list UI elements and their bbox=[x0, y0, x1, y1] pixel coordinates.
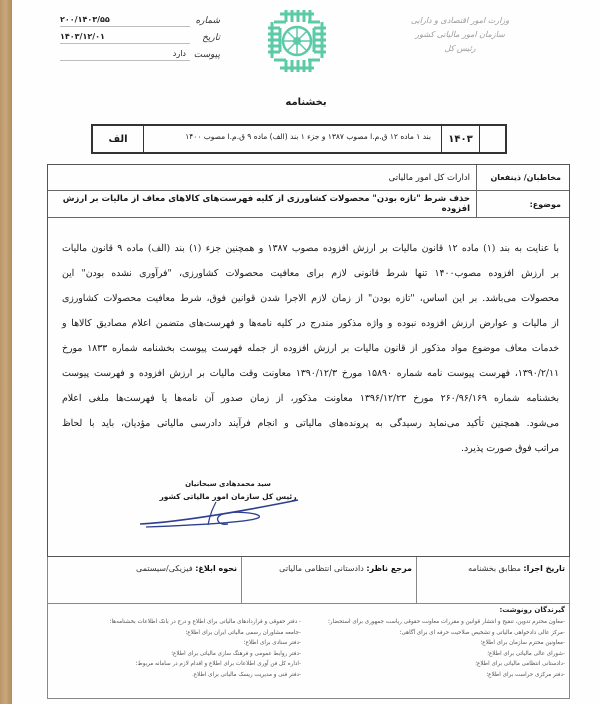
ministry-line: سازمان امور مالیاتی کشور bbox=[400, 28, 520, 42]
supervisor-value: دادستانی انتظامی مالیاتی bbox=[279, 564, 364, 573]
subject-value: حذف شرط "تازه بودن" محصولات کشاورزی از ک… bbox=[48, 191, 476, 217]
cc-item: -دفتر روابط عمومی و فرهنگ سازی مالیاتی ب… bbox=[51, 649, 301, 660]
body-line: از مالیات و عوارض ارزش افزوده نبوده و وا… bbox=[62, 311, 559, 336]
cc-item: -معاون محترم تدوین، تنقیح و انتشار قوانی… bbox=[305, 617, 565, 628]
attachment-value: دارد bbox=[60, 48, 190, 61]
code-empty-cell bbox=[479, 126, 505, 152]
meta-date-row: تاریخ ۱۴۰۳/۱۲/۰۱ bbox=[60, 29, 220, 46]
meta-number-row: شماره ۲۰۰/۱۴۰۳/۵۵ bbox=[60, 12, 220, 29]
ministry-header: وزارت امور اقتصادی و دارایی سازمان امور … bbox=[400, 14, 520, 56]
subject-row: موضوع: حذف شرط "تازه بودن" محصولات کشاور… bbox=[48, 191, 569, 218]
body-line: بر ارزش افزوده مصوب۱۴۰۰ تنها شرط قانونی … bbox=[62, 261, 559, 286]
body-line: خدمات معاف موضوع مواد مذکور از قانون مال… bbox=[62, 336, 559, 361]
cc-item: -دادستانی انتظامی مالیاتی برای اطلاع؛ bbox=[305, 659, 565, 670]
meta-attachment-row: پیوست دارد bbox=[60, 46, 220, 63]
cc-item: -شورای عالی مالیاتی برای اطلاع؛ bbox=[305, 649, 565, 660]
code-classification: الف bbox=[93, 126, 143, 152]
body-line: بخشنامه شماره ۲۶۰/۹۶/۱۶۹ مورخ ۱۳۹۶/۱۲/۲۳… bbox=[62, 386, 559, 411]
circular-document: شماره ۲۰۰/۱۴۰۳/۵۵ تاریخ ۱۴۰۳/۱۲/۰۱ پیوست… bbox=[12, 0, 600, 704]
execution-date-cell: تاریخ اجرا: مطابق بخشنامه bbox=[416, 557, 569, 603]
document-meta: شماره ۲۰۰/۱۴۰۳/۵۵ تاریخ ۱۴۰۳/۱۲/۰۱ پیوست… bbox=[60, 12, 220, 63]
signature-icon bbox=[138, 492, 308, 532]
notification-label: نحوه ابلاغ: bbox=[195, 564, 237, 573]
number-label: شماره bbox=[190, 16, 220, 26]
body-text: با عنایت به بند (۱) ماده ۱۲ قانون مالیات… bbox=[48, 218, 569, 461]
subject-label: موضوع: bbox=[476, 191, 569, 217]
recipients-row: مخاطبان/ ذینفعان ادارات کل امور مالیاتی bbox=[48, 165, 569, 191]
cc-item: - دفتر حقوقی و قراردادهای مالیاتی برای ا… bbox=[51, 617, 301, 628]
recipients-value: ادارات کل امور مالیاتی bbox=[48, 165, 476, 190]
code-year-cell: ۱۴۰۳ bbox=[441, 126, 479, 152]
code-legal-reference: بند ۱ ماده ۱۲ ق.م.ا مصوب ۱۳۸۷ و جزء ۱ بن… bbox=[143, 126, 441, 152]
cc-title: گیرندگان رونوشت: bbox=[499, 606, 565, 614]
cc-right-column: -معاون محترم تدوین، تنقیح و انتشار قوانی… bbox=[305, 617, 565, 680]
notification-cell: نحوه ابلاغ: فیزیکی/سیستمی bbox=[48, 557, 241, 603]
cc-item: -دفتر فنی و مدیریت ریسک مالیاتی برای اطل… bbox=[51, 670, 301, 681]
cc-recipients: گیرندگان رونوشت: -معاون محترم تدوین، تنق… bbox=[47, 604, 570, 699]
wooden-surface-edge bbox=[0, 0, 12, 704]
supervisor-cell: مرجع ناظر: دادستانی انتظامی مالیاتی bbox=[241, 557, 416, 603]
recipients-label: مخاطبان/ ذینفعان bbox=[476, 165, 569, 190]
cc-item: -اداره کل فن آوری اطلاعات برای اطلاع و ا… bbox=[51, 659, 301, 670]
signature-block: سید محمدهادی سبحانیان رئیس کل سازمان امو… bbox=[148, 480, 308, 501]
date-label: تاریخ bbox=[190, 33, 220, 43]
ministry-line: رئیس کل bbox=[400, 42, 520, 56]
cc-item: -معاونین محترم سازمان برای اطلاع؛ bbox=[305, 638, 565, 649]
cc-item: -جامعه مشاوران رسمی مالیاتی ایران برای ا… bbox=[51, 628, 301, 639]
tax-organization-logo-icon bbox=[266, 8, 328, 74]
ministry-line: وزارت امور اقتصادی و دارایی bbox=[400, 14, 520, 28]
notification-value: فیزیکی/سیستمی bbox=[136, 564, 193, 573]
body-line: ۱۳۹۰/۲/۱۱، فهرست پیوست نامه شماره ۱۵۸۹۰ … bbox=[62, 361, 559, 386]
body-line: محصولات می‌باشد. بر این اساس، "تازه بودن… bbox=[62, 286, 559, 311]
number-value: ۲۰۰/۱۴۰۳/۵۵ bbox=[60, 14, 190, 27]
body-line: مراتب فوق صورت پذیرد. bbox=[62, 436, 559, 461]
execution-date-value: مطابق بخشنامه bbox=[468, 564, 521, 573]
cc-item: -دفتر مرکزی حراست برای اطلاع؛ bbox=[305, 670, 565, 681]
cc-left-column: - دفتر حقوقی و قراردادهای مالیاتی برای ا… bbox=[51, 617, 301, 680]
cc-item: -مرکز عالی دادخواهی مالیاتی و تشخیص صلاح… bbox=[305, 628, 565, 639]
cc-item: -دفتر سنادی برای اطلاع؛ bbox=[51, 638, 301, 649]
classification-table: ۱۴۰۳ بند ۱ ماده ۱۲ ق.م.ا مصوب ۱۳۸۷ و جزء… bbox=[91, 124, 507, 154]
body-line: با عنایت به بند (۱) ماده ۱۲ قانون مالیات… bbox=[62, 236, 559, 261]
attachment-label: پیوست bbox=[190, 50, 220, 60]
document-title: بخشنامه bbox=[12, 97, 600, 108]
signatory-name: سید محمدهادی سبحانیان bbox=[148, 480, 308, 488]
supervisor-label: مرجع ناظر: bbox=[366, 564, 412, 573]
execution-info-table: تاریخ اجرا: مطابق بخشنامه مرجع ناظر: داد… bbox=[47, 557, 570, 604]
body-line: می‌شود. همچنین تأکید می‌نماید رسیدگی به … bbox=[62, 411, 559, 436]
main-body-table: مخاطبان/ ذینفعان ادارات کل امور مالیاتی … bbox=[47, 164, 570, 557]
execution-date-label: تاریخ اجرا: bbox=[523, 564, 565, 573]
date-value: ۱۴۰۳/۱۲/۰۱ bbox=[60, 31, 190, 44]
